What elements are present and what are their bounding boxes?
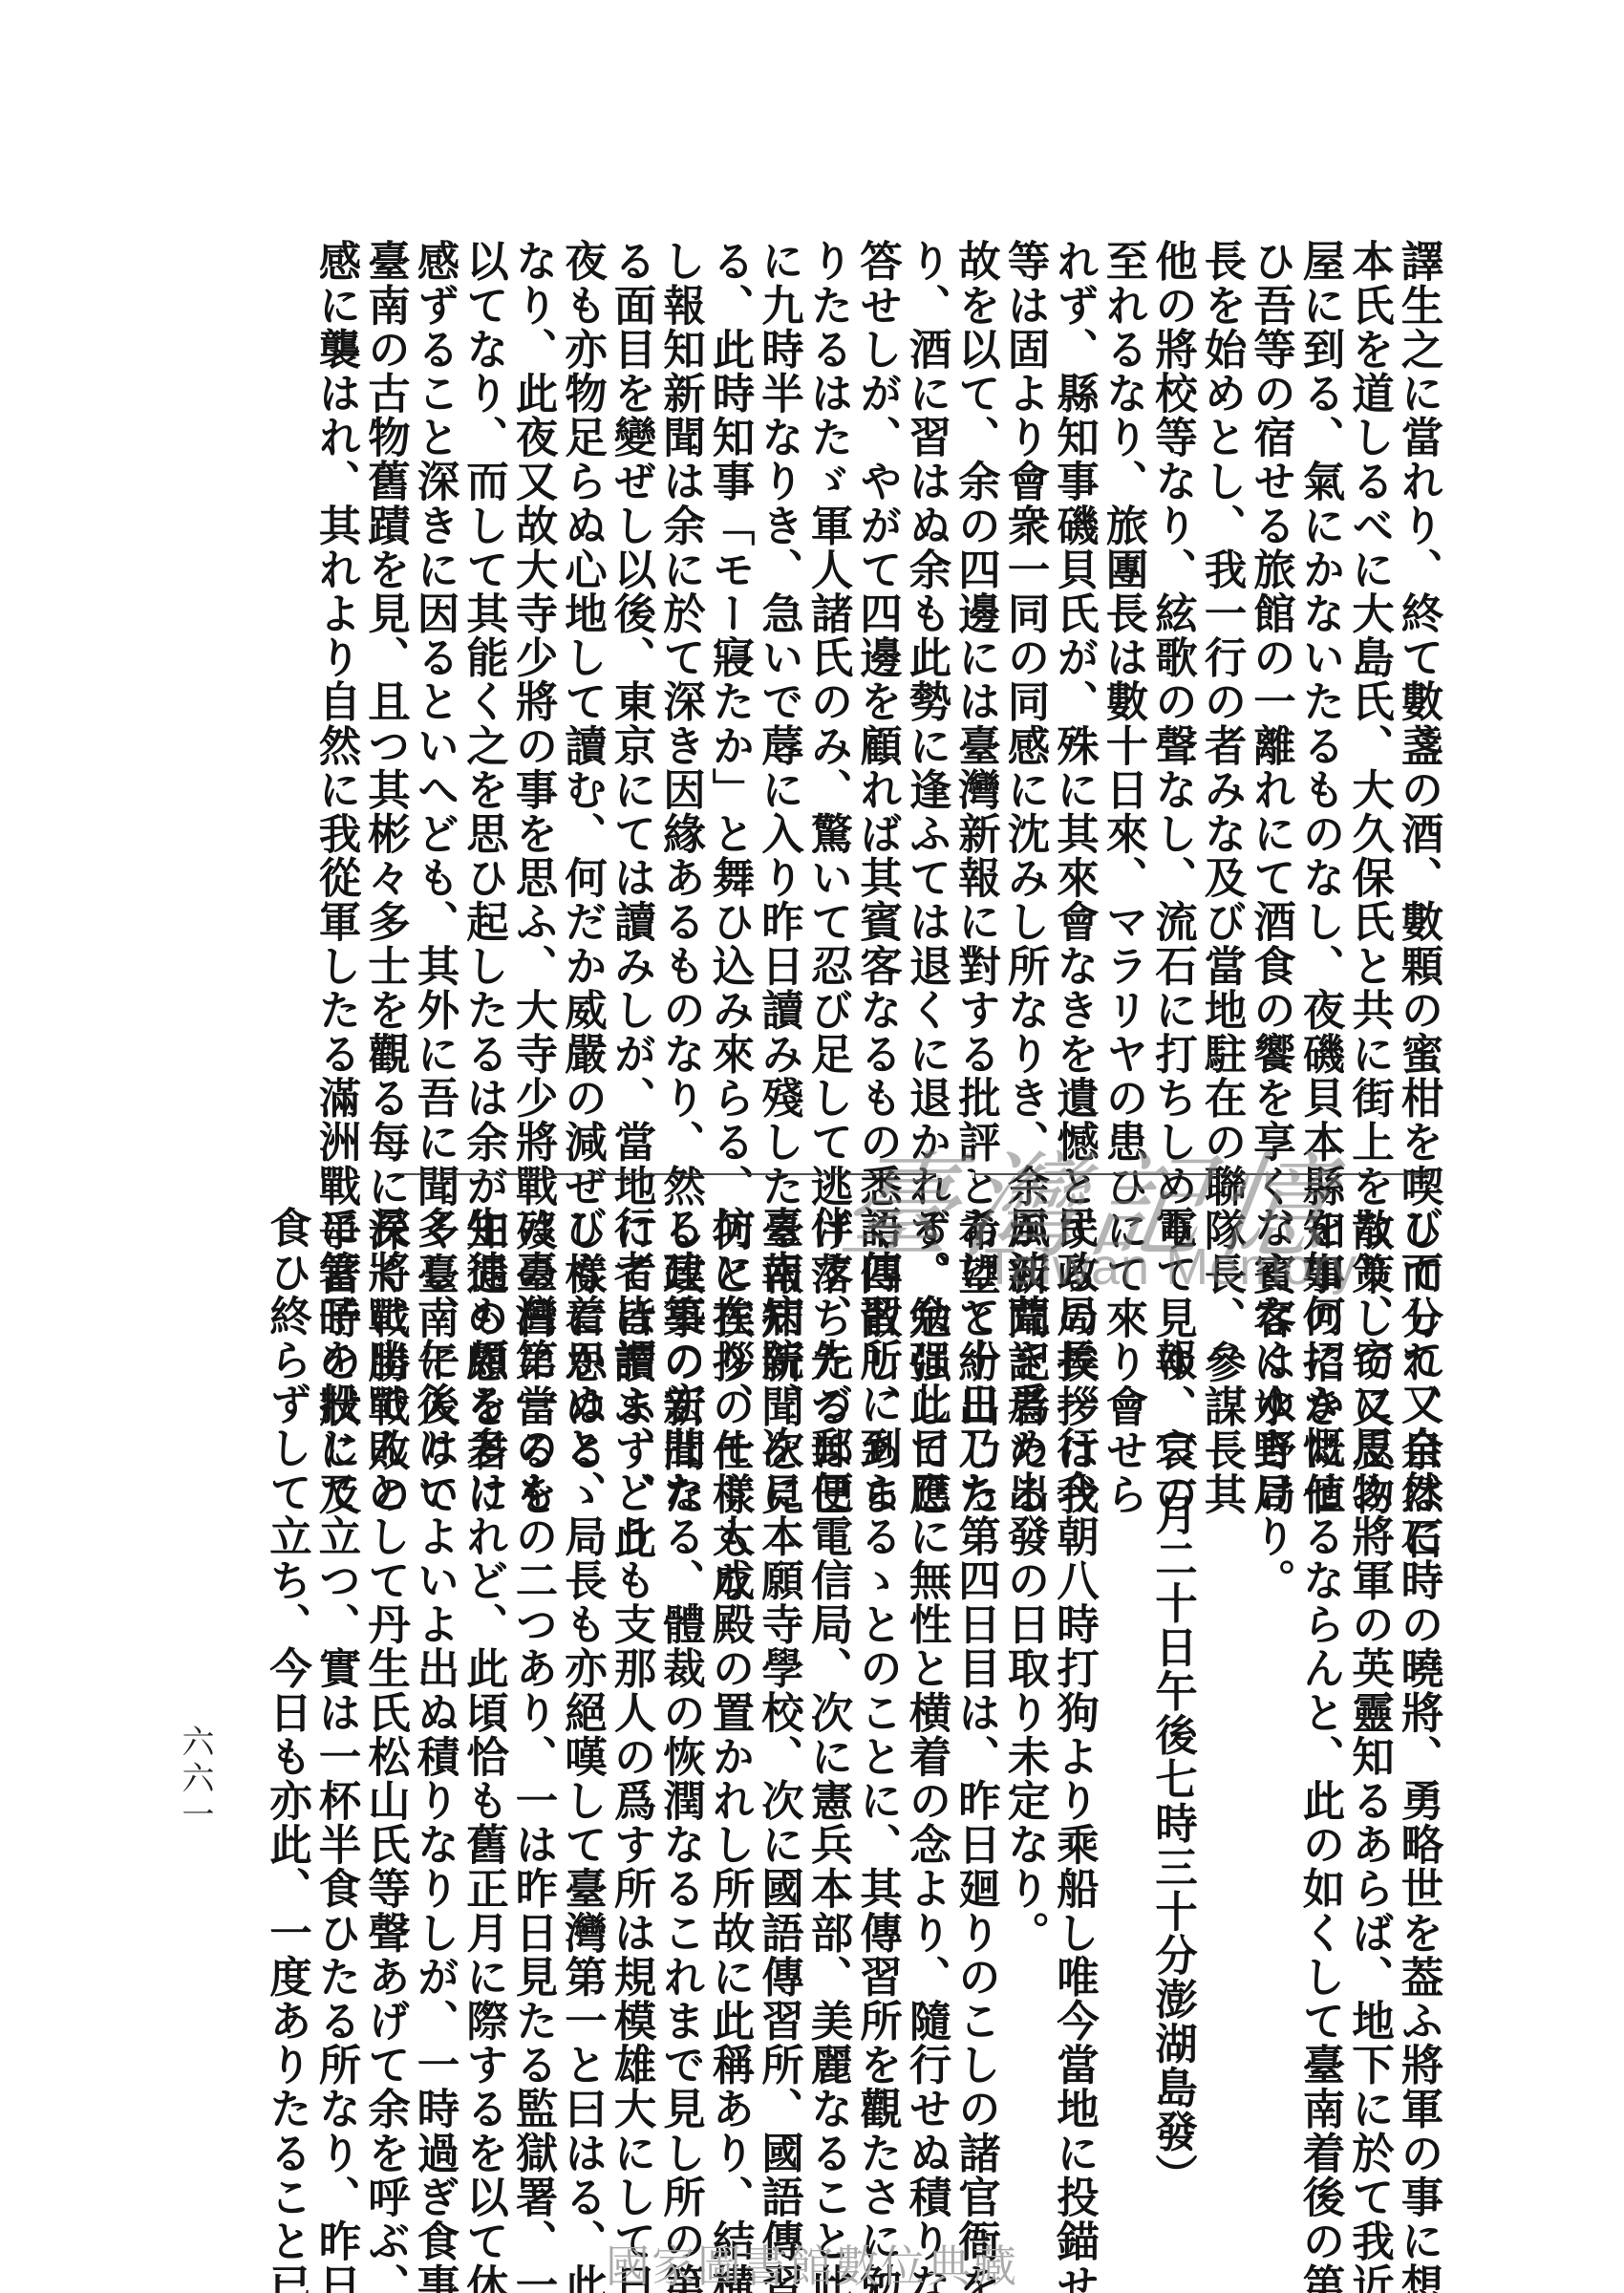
section-divider [401,1173,1433,1178]
text-column: 臺南病院、次に本願寺學校、次に國語傳習所、國語傳習所は大成 [754,1206,803,2123]
text-column: を如何にか慨せるならんと、此の如くして臺南着後の第三日も、 [1295,1206,1345,2123]
text-column: は臺灣第一のもの二つあり、一は昨日見たる監獄署、一は則ち此 [508,1206,558,2123]
text-column: 答せしが、やがて四邊を顧れば其賓客なるもの悉く四散し、あま [852,239,902,1156]
text-column: る、此時知事「モー寢たか」と舞ひ込み來らる、何と挨拶の仕樣もな [705,239,755,1156]
footer-credit: 國家圖書館數位典藏 [0,2232,1624,2293]
text-column: 坊に在り、モト大成殿の置かれし所故に此稱あり、結構の雄大な [705,1206,755,2123]
text-column: び而して又自然に時の曉將、勇略世を葢ふ將軍の事に想ひ及びし [1394,1206,1443,2123]
text-column: 長將に出でんとして丹生氏松山氏等聲あげて余を呼ぶ、詮方なし [360,1206,410,2123]
text-column: る。余は此日已に無性と横着の念より、隨行せぬ積りなりしが、國 [902,1206,951,2123]
text-column: 等は固より會衆一同の同感に沈みし所なりき、余が新聞記者たる [1000,239,1050,1156]
text-column: 長を始めとし、我一行の者みな及び當地駐在の聯隊長、參謀長其 [1197,239,1247,1156]
text-column: 民政局長一行今朝八時打狗より乘船し唯今當地に投錨せり海上 [1049,1206,1099,2123]
text-column: 多し、午後はいよいよ出ぬ積りなりしが、一時過ぎ食事なかばに局 [410,1206,459,2123]
text-column: あけて十日乃ち第四日目は、昨日廻りのこしの諸官衙を巡視さ [951,1206,1000,2123]
text-column: 感に襲はれ、其れより自然に我從軍したる滿洲戰爭當時の狀に及 [311,239,361,1156]
text-column: 本氏を道しるべに大島氏、大久保氏と共に街上を散策して又反物 [1344,239,1394,1156]
text-column: 故を以て、余の四邊には臺灣新報に對する批評と希望と紛出した [951,239,1000,1156]
text-column: 譯生之に當れり、終て數盞の酒、數顆の蜜柑を喫して分れ、余は石 [1394,239,1443,1156]
text-column: 伴す、先づ郵便電信局、次に憲兵本部、美麗なること此邊第一、次に [803,1206,853,2123]
text-block-bottom: び而して又自然に時の曉將、勇略世を葢ふ將軍の事に想ひ及びし なり、窃に思ふ將軍の… [262,1206,1442,2123]
text-column: 臺南の古物舊蹟を見、且つ其彬々多士を觀る每に深く戰勝戰敗の [360,239,410,1156]
text-column: 他の將校等なり、絃歌の聲なし、流石に打ちしめりて見ゆ、哀の [1147,239,1197,1156]
text-block-top: 譯生之に當れり、終て數盞の酒、數顆の蜜柑を喫して分れ、余は石 本氏を道しるべに大… [311,239,1443,1156]
text-column: 食ひ終らずして立ち、今日も亦此、一度ありたること已に二度まで [262,1206,311,2123]
text-column: に箸子を投じて立つ、實は一杯半食ひたる所なり、昨日は午後二時 [311,1206,361,2123]
text-column: 行者皆謂ふ、どうも支那人の爲す所は規模雄大にして日本人は及 [607,1206,656,2123]
text-column: に九時半なりき、急いで蓐に入り昨日讀み殘したる報知新聞を見 [754,239,803,1156]
text-column: り、酒に習はぬ余も此勢に逢ふては退くに退かれず、勉强して應 [902,239,951,1156]
text-column: 感ずること深きに因るといへども、其外に吾に聞く臺南に入りて [410,239,459,1156]
text-column-spacer [1099,1206,1148,2123]
text-column: なり、窃に思ふ將軍の英靈知るあらば、地下に於て我近來の時勢 [1344,1206,1394,2123]
text-column: る建築の宏壯なる、體裁の恢潤なるこれまで見し所の第一なり、固 [655,1206,705,2123]
telegram-heading: 電 報 （二月二十日午後七時三十分澎湖島發） [1147,1206,1197,2123]
text-column: ひ吾等の宿せる旅館の一離れにて酒食の饗を享く、賓客は水野局 [1246,239,1295,1156]
text-column: し報知新聞は余に於て深き因緣あるものなり、然し政事の新聞た [655,239,705,1156]
page-number: 六六一 [172,1725,219,1833]
text-column: 夜も亦物足らぬ心地して讀む、何だか威嚴の減ぜし樣に思はるゝ [557,239,607,1156]
text-column-spacer [1197,1206,1247,2123]
text-column: びも着かぬと、局長も亦絕嘆して臺灣第一と曰はる、此に至て臺南 [557,1206,607,2123]
text-column: 語傳習所に到らるゝとのことに、其傳習所を觀たさに勉强してお [852,1206,902,2123]
text-column: れず、縣知事磯貝氏が、殊に其來會なきを遺憾とするの挨拶は我 [1049,239,1099,1156]
text-column: る面目を變ぜし以後、東京にては讀みしが、當地にては讀ます、此 [607,239,656,1156]
text-column: 以てなり、而して其能く之を思ひ起したるは余が知遇の恩を君に [459,239,508,1156]
text-column: なくなくゆきけり。 [1246,1206,1295,2123]
text-column: 至れるなり、旅團長は數十日來、マラリヤの患ひにて來り會せら [1099,239,1148,1156]
text-column: 屋に到る、氣にかないたるものなし、夜磯貝本縣知事の招きに値 [1295,239,1345,1156]
text-column: 生徒も頗る多けれど、此頃恰も舊正月に際するを以て休校者割合 [459,1206,508,2123]
text-column: りたるはたゞ軍人諸氏のみ、驚いて忍び足して逃げ落ちたるは巳 [803,239,853,1156]
text-column: 風波荒き爲め出發の日取り未定なり。 [1000,1206,1050,2123]
text-column: なり、此夜又故大寺少將の事を思ふ、大寺少將戰歿の日に當るを [508,239,558,1156]
divider-gap [936,1172,974,1178]
